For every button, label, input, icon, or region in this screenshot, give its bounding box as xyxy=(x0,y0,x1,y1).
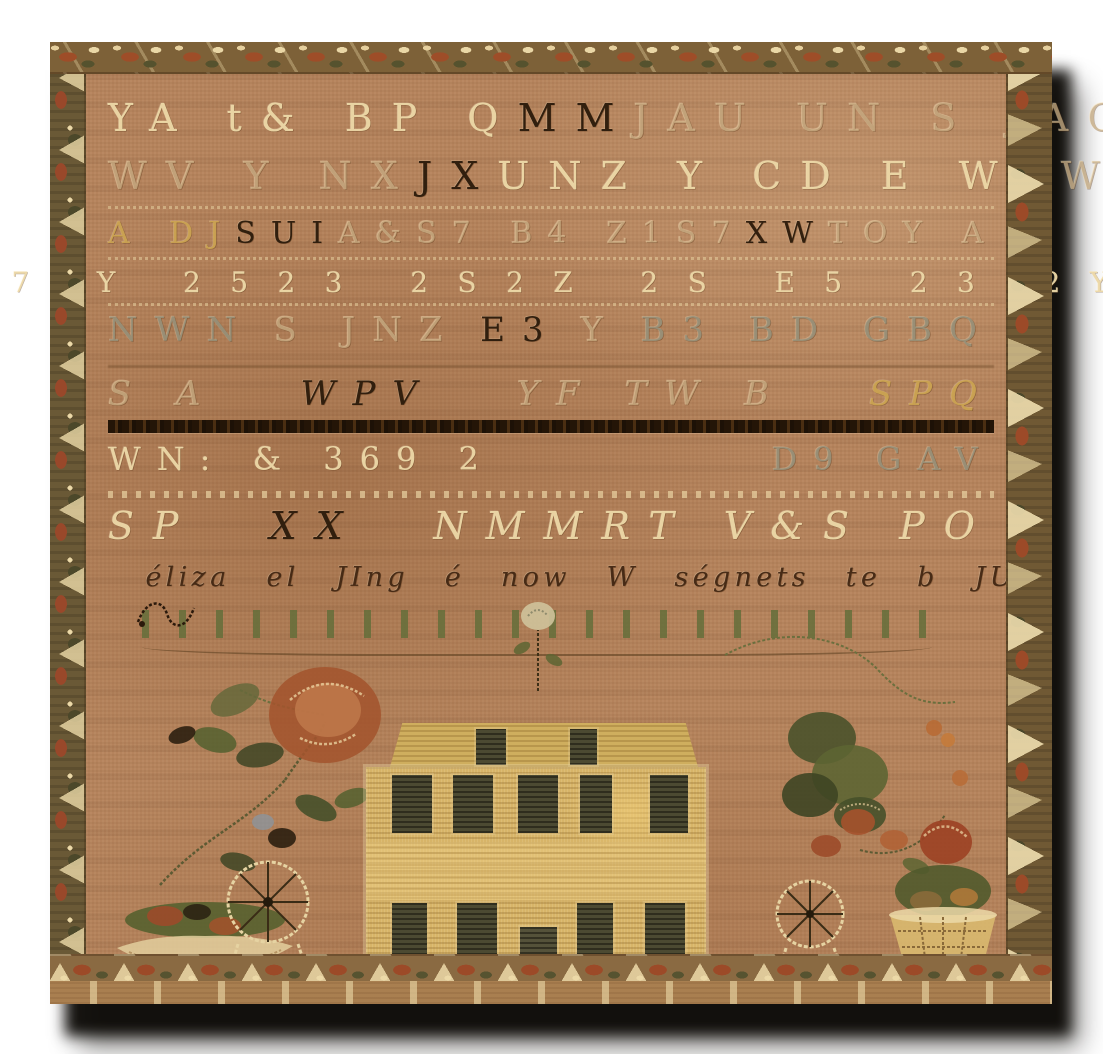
house-window xyxy=(570,729,597,765)
stitch-text: 82 57 Y 2523 2S2Z 2S E5 23 2Y 28 xyxy=(0,266,1103,299)
stitch-line xyxy=(108,365,994,368)
stitch-divider xyxy=(108,206,994,209)
stitch-text: E3 xyxy=(480,310,560,350)
sampler-photograph: YA t& BP Q MM JAU UN S JACD BZV O SL WV … xyxy=(0,0,1103,1054)
stitch-divider xyxy=(108,303,994,306)
script-row-8: SP XX NMMRT V&S PO xyxy=(108,504,994,548)
stitch-text: YA t& BP Q xyxy=(108,96,518,140)
script-row-6: S A WPV YF TW B SPQ xyxy=(108,374,994,414)
alphabet-row-7: WN: & 369 2 D9 GAV xyxy=(108,440,994,478)
stitch-text: WPV xyxy=(301,374,434,414)
stitch-text: éliza el JIng é now W ségnets te b JU xyxy=(145,562,1016,593)
house-roof-storey xyxy=(390,723,698,767)
stitch-text: NMMRT V&S PO xyxy=(433,504,994,548)
dark-crossstitch-band xyxy=(108,420,994,433)
stitch-text: Y xyxy=(581,310,620,350)
stitch-text: XW xyxy=(746,216,828,251)
alphabet-row-1: YA t& BP Q MM JAU UN S JACD BZV O SL xyxy=(108,96,994,140)
house-window xyxy=(650,775,688,833)
stitch-divider xyxy=(108,257,994,260)
urn-plant-motif xyxy=(498,596,578,696)
inscription-row: éliza el JIng é now W ségnets te b JU xyxy=(200,562,962,593)
stitch-text: A&S7 B4 Z1S7 xyxy=(338,216,746,251)
stitch-text: D9 GAV xyxy=(772,440,994,478)
stitch-text: YF TW B xyxy=(517,374,786,414)
stitch-text: TOY A xyxy=(828,216,999,251)
stitch-text: WV Y NX xyxy=(108,154,417,198)
stitch-text: XX xyxy=(269,504,361,548)
alphabet-row-2: WV Y NX JX UNZ Y CD E W YW xyxy=(108,154,994,198)
embroidered-border-bottom xyxy=(50,954,1052,1004)
stitch-text: WN: & 369 2 xyxy=(108,440,495,478)
stitch-text: S A xyxy=(108,374,218,414)
stitch-text: SP xyxy=(108,504,198,548)
stitch-text: NWN xyxy=(108,310,253,350)
house-window xyxy=(518,775,558,833)
house-window xyxy=(453,775,493,833)
embroidered-border-top xyxy=(50,42,1052,74)
number-row: 82 57 Y 2523 2S2Z 2S E5 23 2Y 28 xyxy=(108,266,994,299)
house-window xyxy=(580,775,612,833)
stitch-text: UNZ Y CD E W xyxy=(497,154,1016,198)
stitch-text: A DJ xyxy=(108,216,235,251)
sampler-fabric: YA t& BP Q MM JAU UN S JACD BZV O SL WV … xyxy=(50,42,1052,1004)
alphabet-row-5: NWN S JNZ E3 Y B3 BD GBQ xyxy=(108,310,994,350)
stitch-text: JX xyxy=(417,154,497,198)
stitch-text: B3 BD GBQ xyxy=(640,310,994,350)
house-window xyxy=(392,775,432,833)
stitch-text: MM xyxy=(518,96,634,140)
stitch-text: S JNZ xyxy=(274,310,460,350)
alphabet-row-3: A DJ SUI A&S7 B4 Z1S7 XW TOY A xyxy=(108,216,994,251)
zigzag-divider xyxy=(108,491,994,498)
embroidered-border-right xyxy=(1006,42,1052,1004)
stitch-text: SPQ xyxy=(869,374,994,414)
house-window xyxy=(476,729,506,765)
stitch-text: SUI xyxy=(235,216,338,251)
house-floor-band xyxy=(366,842,706,902)
embroidered-border-left xyxy=(50,42,86,1004)
